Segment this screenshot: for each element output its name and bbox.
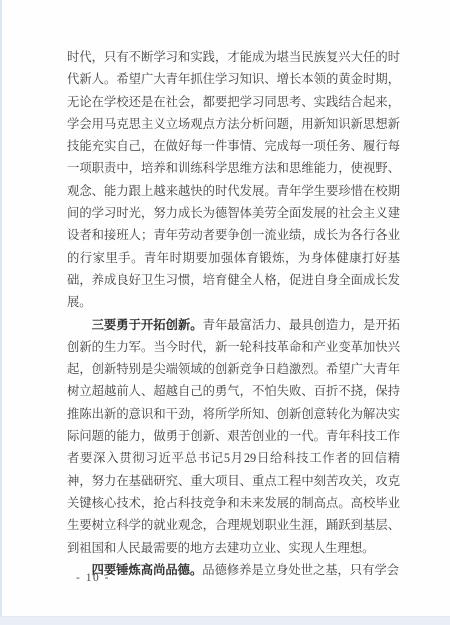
page-number: - 10 - (76, 572, 110, 584)
scan-edge-bottom (0, 616, 450, 625)
scan-background: 时代，只有不断学习和实践，才能成为堪当民族复兴大任的时代新人。希望广大青年抓住学… (0, 0, 450, 625)
paragraph-lead: 三要勇于开拓创新。 (92, 318, 203, 332)
paragraph-text: 时代，只有不断学习和实践，才能成为堪当民族复兴大任的时代新人。希望广大青年抓住学… (67, 50, 400, 309)
paragraph-text: 青年最富活力、最具创造力，是开拓创新的生力军。当今时代，新一轮科技革命和产业变革… (67, 318, 400, 555)
paragraph-point-four: 四要锤炼高尚品德。品德修养是立身处世之基，只有学会 (67, 559, 400, 581)
paragraph-point-three: 三要勇于开拓创新。青年最富活力、最具创造力，是开拓创新的生力军。当今时代，新一轮… (67, 314, 400, 559)
paragraph-text: 品德修养是立身处世之基，只有学会 (202, 563, 399, 577)
paragraph-continuation: 时代，只有不断学习和实践，才能成为堪当民族复兴大任的时代新人。希望广大青年抓住学… (67, 46, 400, 314)
document-text-block: 时代，只有不断学习和实践，才能成为堪当民族复兴大任的时代新人。希望广大青年抓住学… (67, 46, 400, 581)
document-page: 时代，只有不断学习和实践，才能成为堪当民族复兴大任的时代新人。希望广大青年抓住学… (0, 0, 450, 617)
